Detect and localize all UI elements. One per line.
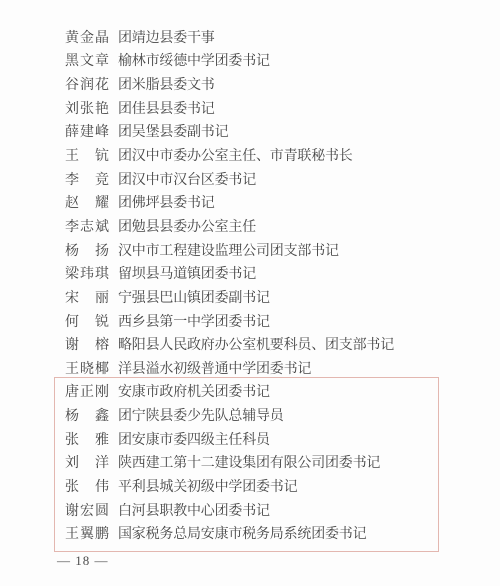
list-item: 刘张艳 团佳县县委书记 <box>65 96 485 120</box>
person-title: 团吴堡县委副书记 <box>118 121 228 141</box>
list-item: 李竞 团汉中市汉台区委书记 <box>65 167 485 191</box>
person-title: 团勉县县委办公室主任 <box>118 216 256 236</box>
list-item: 何锐 西乡县第一中学团委书记 <box>65 309 485 333</box>
person-title: 西乡县第一中学团委书记 <box>118 311 270 331</box>
list-item: 唐正刚 安康市政府机关团委书记 <box>65 380 485 404</box>
person-title: 平利县城关初级中学团委书记 <box>118 476 297 496</box>
person-name: 张伟 <box>65 476 109 496</box>
person-title: 宁强县巴山镇团委副书记 <box>118 287 270 307</box>
person-title: 团汉中市汉台区委书记 <box>118 169 256 189</box>
person-title: 汉中市工程建设监理公司团支部书记 <box>118 240 339 260</box>
person-title: 白河县职教中心团委书记 <box>118 500 270 520</box>
person-title: 团靖边县委干事 <box>118 27 215 47</box>
roster-list: 黄金晶 团靖边县委干事 黑文章 榆林市绥德中学团委书记 谷润花 团米脂县委文书 … <box>65 25 485 545</box>
person-name: 李志斌 <box>65 216 109 236</box>
list-item: 杨鑫 团宁陕县委少先队总辅导员 <box>65 403 485 427</box>
list-item: 张雅 团安康市委四级主任科员 <box>65 427 485 451</box>
list-item: 王晓椰 洋县溢水初级普通中学团委书记 <box>65 356 485 380</box>
person-name: 刘张艳 <box>65 98 109 118</box>
person-name: 宋丽 <box>65 287 109 307</box>
list-item: 宋丽 宁强县巴山镇团委副书记 <box>65 285 485 309</box>
list-item: 梁玮琪 留坝县马道镇团委书记 <box>65 261 485 285</box>
list-item: 谢宏圆 白河县职教中心团委书记 <box>65 498 485 522</box>
person-name: 张雅 <box>65 429 109 449</box>
page-number: — 18 — <box>57 553 109 569</box>
person-name: 杨扬 <box>65 240 109 260</box>
list-item: 王钪 团汉中市委办公室主任、市青联秘书长 <box>65 143 485 167</box>
person-title: 洋县溢水初级普通中学团委书记 <box>118 358 311 378</box>
person-title: 团宁陕县委少先队总辅导员 <box>118 405 284 425</box>
list-item: 谢榕 略阳县人民政府办公室机要科员、团支部书记 <box>65 332 485 356</box>
person-name: 赵耀 <box>65 192 109 212</box>
person-title: 团米脂县委文书 <box>118 74 215 94</box>
person-name: 王翼鹏 <box>65 523 109 543</box>
person-name: 黑文章 <box>65 50 109 70</box>
person-name: 谢榕 <box>65 334 109 354</box>
person-title: 安康市政府机关团委书记 <box>118 381 270 401</box>
list-item: 薛建峰 团吴堡县委副书记 <box>65 120 485 144</box>
person-name: 杨鑫 <box>65 405 109 425</box>
person-name: 黄金晶 <box>65 27 109 47</box>
person-name: 李竞 <box>65 169 109 189</box>
person-name: 唐正刚 <box>65 381 109 401</box>
person-title: 榆林市绥德中学团委书记 <box>118 50 270 70</box>
person-name: 谢宏圆 <box>65 500 109 520</box>
person-title: 团佳县县委书记 <box>118 98 215 118</box>
person-name: 王钪 <box>65 145 109 165</box>
person-title: 略阳县人民政府办公室机要科员、团支部书记 <box>118 334 394 354</box>
list-item: 黄金晶 团靖边县委干事 <box>65 25 485 49</box>
list-item: 杨扬 汉中市工程建设监理公司团支部书记 <box>65 238 485 262</box>
list-item: 谷润花 团米脂县委文书 <box>65 72 485 96</box>
person-title: 留坝县马道镇团委书记 <box>118 263 256 283</box>
list-item: 黑文章 榆林市绥德中学团委书记 <box>65 49 485 73</box>
list-item: 王翼鹏 国家税务总局安康市税务局系统团委书记 <box>65 521 485 545</box>
person-title: 团汉中市委办公室主任、市青联秘书长 <box>118 145 353 165</box>
person-title: 团佛坪县委书记 <box>118 192 215 212</box>
list-item: 张伟 平利县城关初级中学团委书记 <box>65 474 485 498</box>
person-name: 何锐 <box>65 311 109 331</box>
list-item: 刘洋 陕西建工第十二建设集团有限公司团委书记 <box>65 451 485 475</box>
document-page: 黄金晶 团靖边县委干事 黑文章 榆林市绥德中学团委书记 谷润花 团米脂县委文书 … <box>0 0 500 586</box>
person-title: 陕西建工第十二建设集团有限公司团委书记 <box>118 452 380 472</box>
person-name: 刘洋 <box>65 452 109 472</box>
person-name: 梁玮琪 <box>65 263 109 283</box>
person-title: 团安康市委四级主任科员 <box>118 429 270 449</box>
person-name: 王晓椰 <box>65 358 109 378</box>
list-item: 李志斌 团勉县县委办公室主任 <box>65 214 485 238</box>
list-item: 赵耀 团佛坪县委书记 <box>65 190 485 214</box>
person-title: 国家税务总局安康市税务局系统团委书记 <box>118 523 366 543</box>
person-name: 谷润花 <box>65 74 109 94</box>
person-name: 薛建峰 <box>65 121 109 141</box>
